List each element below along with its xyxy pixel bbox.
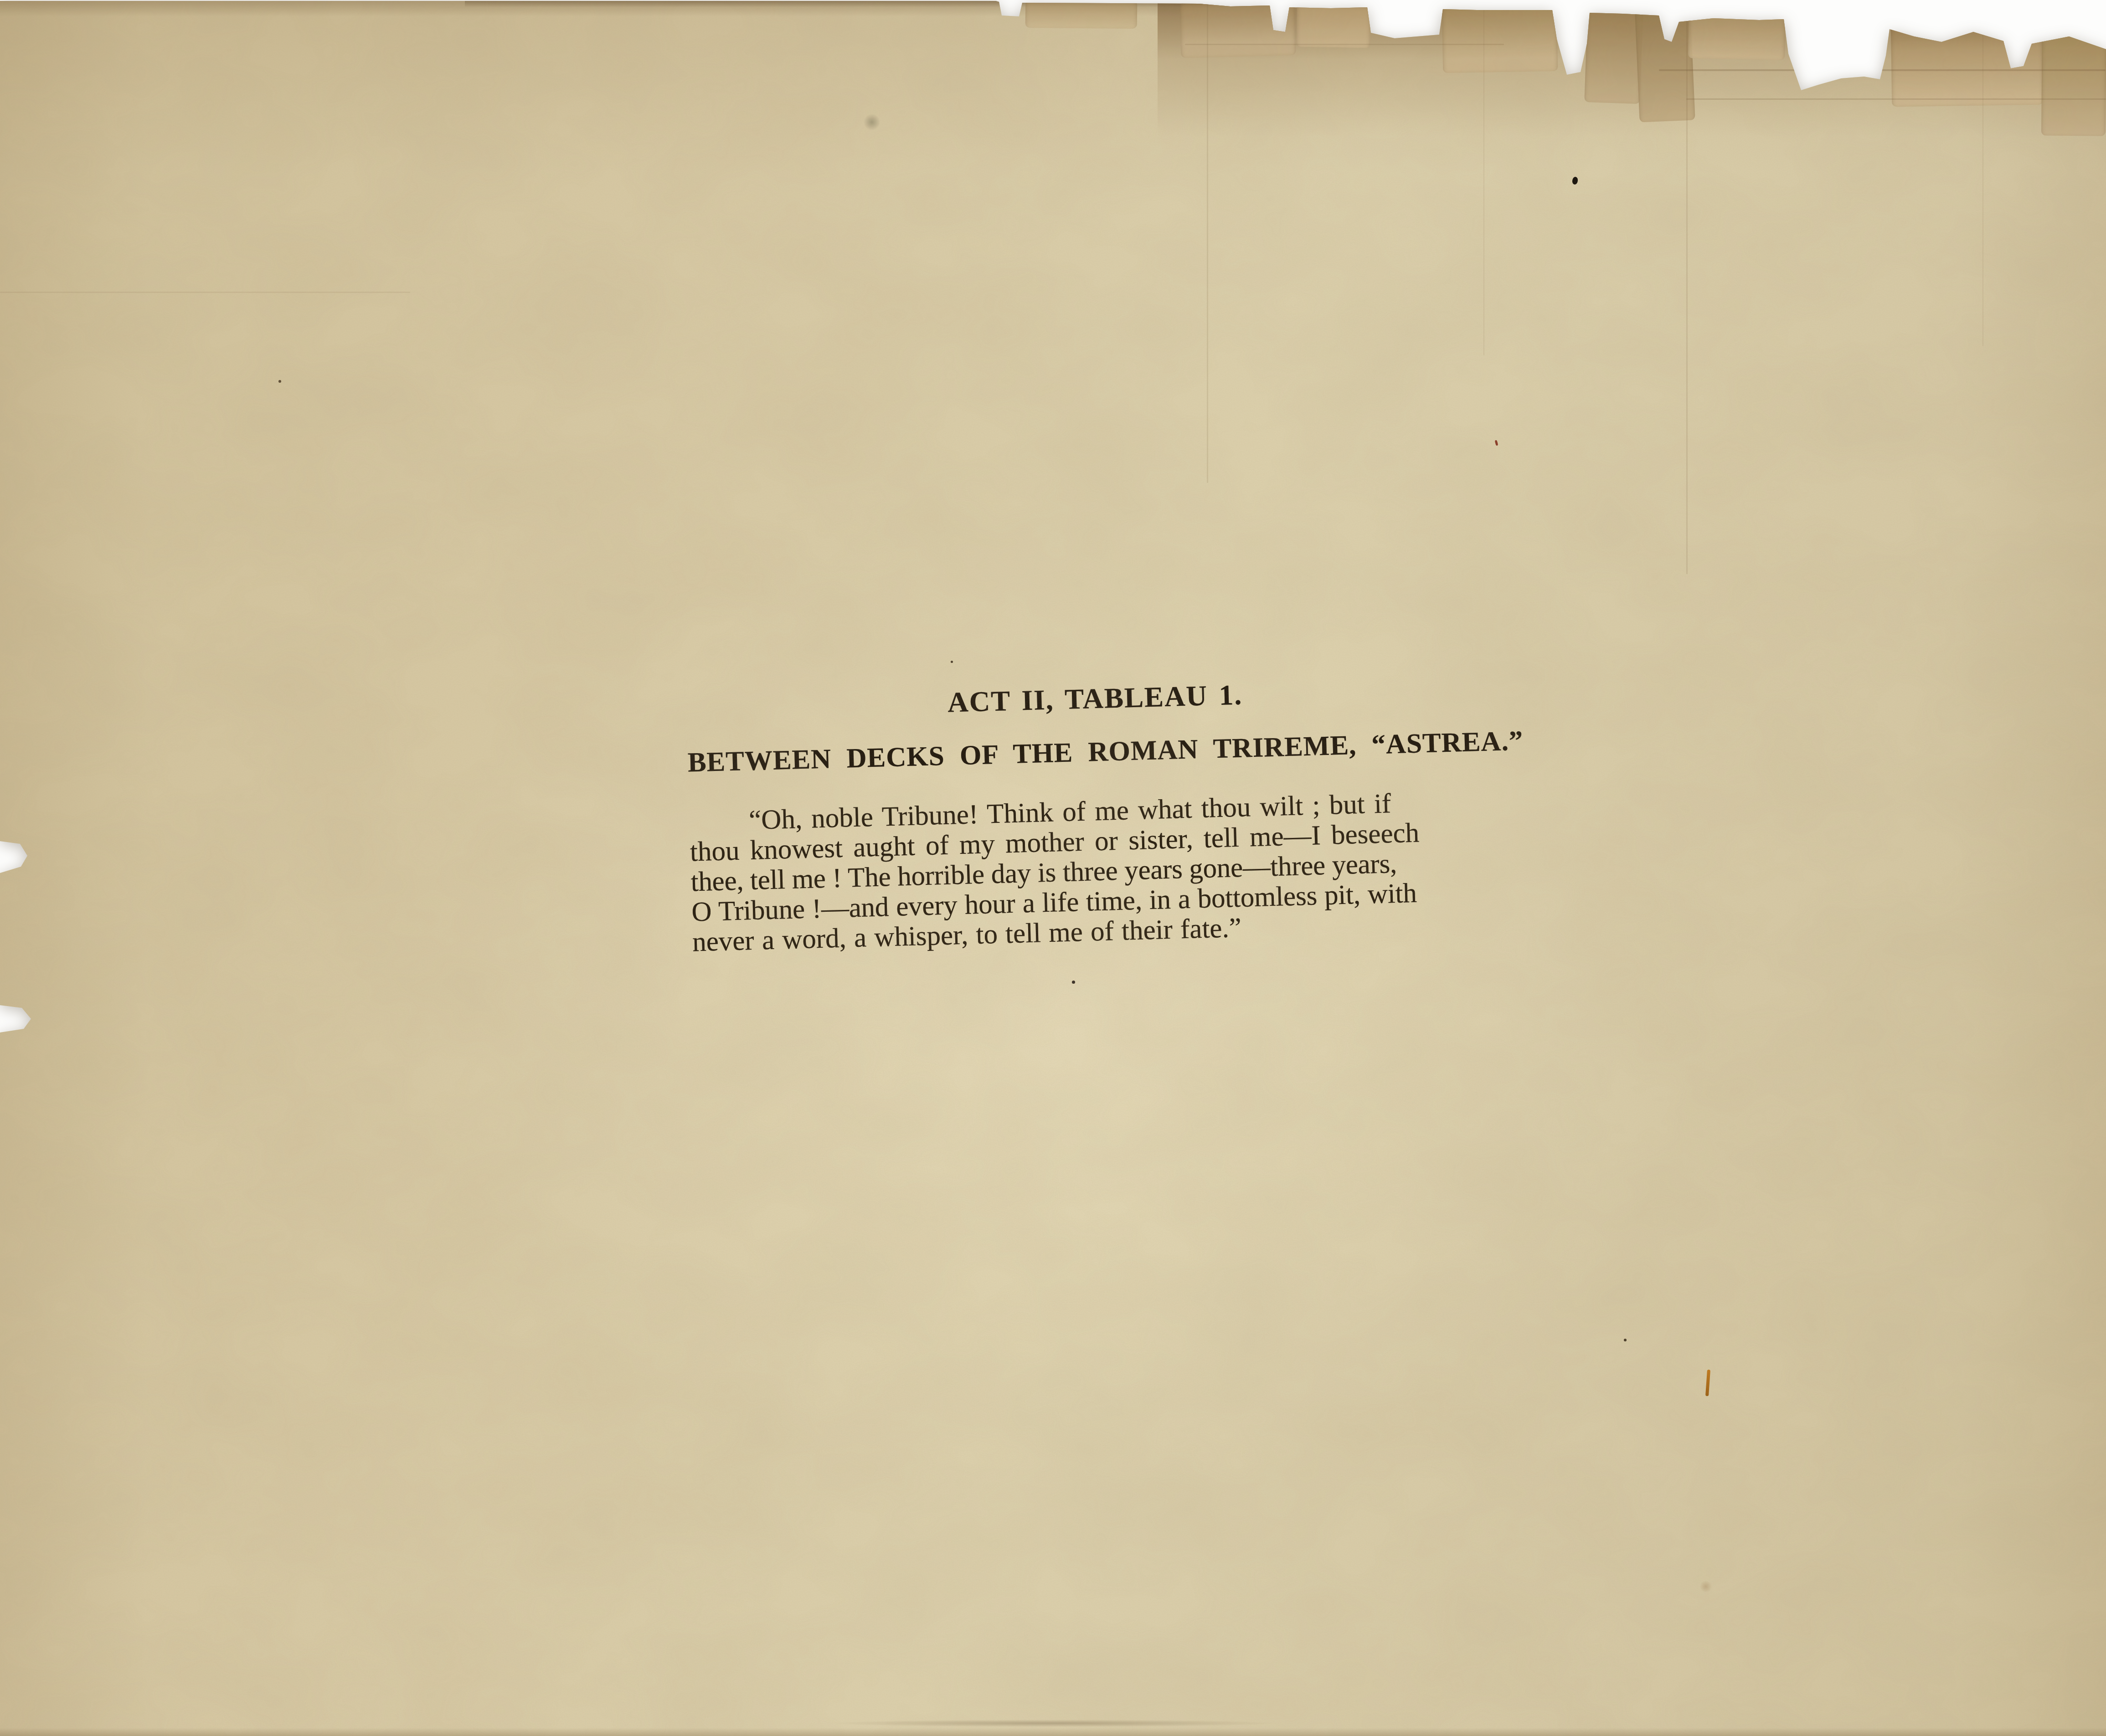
torn-paper-strip — [1296, 3, 1371, 48]
act-heading: ACT II, TABLEAU 1. — [686, 672, 1504, 725]
paper-sheet-wrap: ACT II, TABLEAU 1. BETWEEN DECKS OF THE … — [0, 0, 2106, 1736]
vertical-fold-line — [1686, 0, 1688, 574]
torn-paper-strip — [1891, 17, 2044, 107]
scanned-page: ACT II, TABLEAU 1. BETWEEN DECKS OF THE … — [0, 0, 2106, 1736]
torn-paper-strip — [1584, 5, 1643, 104]
bottom-crease — [834, 1720, 1272, 1727]
red-fiber-fleck — [1495, 440, 1498, 446]
crease-line — [1185, 44, 1504, 45]
quote-paragraph: “Oh, noble Tribune! Think of me what tho… — [689, 786, 1510, 958]
dark-speck — [1072, 981, 1075, 984]
scene-heading: BETWEEN DECKS OF THE ROMAN TRIREME, “AST… — [687, 726, 1505, 779]
dark-speck — [951, 661, 953, 663]
printed-text-block: ACT II, TABLEAU 1. BETWEEN DECKS OF THE … — [686, 672, 1511, 985]
dark-speck — [278, 380, 281, 383]
bottom-edge-shading — [0, 1728, 2106, 1736]
paper-sheet: ACT II, TABLEAU 1. BETWEEN DECKS OF THE … — [0, 0, 2106, 1736]
dark-speck — [1624, 1339, 1627, 1341]
torn-paper-strip — [1025, 0, 1138, 29]
vertical-fold-line — [1483, 0, 1484, 355]
vertical-fold-line — [1982, 0, 1983, 346]
torn-paper-strip — [1179, 0, 1296, 58]
torn-paper-strip — [1442, 2, 1558, 73]
crease-line — [1686, 98, 2106, 100]
crease-line — [1659, 69, 2106, 71]
crease-line — [0, 292, 410, 293]
black-ink-speck — [1572, 176, 1579, 185]
faded-gray-blot — [863, 114, 881, 130]
torn-paper-strip — [1688, 7, 1786, 60]
orange-fiber-dash — [1705, 1370, 1710, 1396]
vertical-fold-line — [1207, 0, 1208, 483]
brown-smudge — [1699, 1581, 1713, 1592]
torn-paper-strip — [2041, 21, 2106, 136]
